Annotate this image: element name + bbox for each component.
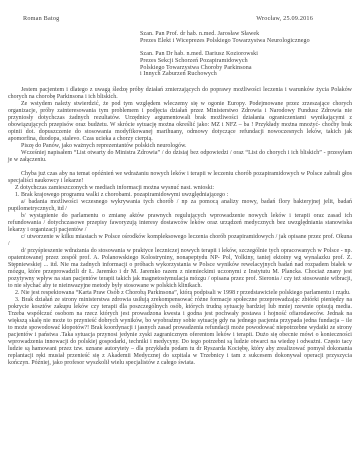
paragraph: Wcześniej napisałem “List otwarty do Min… [8,150,352,164]
paragraph: c/ utworzenie w kilku miastach w Polsce … [8,234,352,248]
paragraph: a/ badania możliwości wczesnego wykrywan… [8,199,352,213]
paragraph: 3. Brak działań ze strony ministerstwa z… [8,297,352,367]
place-date: Wrocław, 25.09.2016 [256,15,313,22]
paragraph: d/ przyśpieszenie wdrażania do stosowani… [8,248,352,290]
recipient-block: Szan. Pan Dr hab. n.med. Dariusz Kozioro… [140,51,352,78]
letter-body: Jestem pacjentem i dlatego z uwagą śledz… [8,87,352,367]
recipient-line: Prezes Elekt i Wiceprezes Polskiego Towa… [140,38,352,45]
recipient-line: Szan. Pan Dr hab. n.med. Dariusz Kozioro… [140,51,352,58]
recipient-blocks: Szan. Pan Prof. dr hab. n.med. Jarosław … [140,31,352,78]
paragraph: Ze wstydem należy stwierdzić, że pod tym… [8,101,352,143]
paragraph: Z dotychczas zamieszczonych w mediach in… [8,185,352,192]
paragraph: Jestem pacjentem i dlatego z uwagą śledz… [8,87,352,101]
sender-name: Roman Batog [23,15,59,22]
recipient-block: Szan. Pan Prof. dr hab. n.med. Jarosław … [140,31,352,45]
recipient-line: Prezes Sekcji Schorzeń Pozapiramidowych [140,58,352,65]
letter-header: Roman Batog Wrocław, 25.09.2016 [8,15,352,22]
recipient-line: Polskiego Towarzystwa Choroby Parkinsona [140,65,352,72]
paragraph: Chyba już czas aby na temat opóźnień we … [8,171,352,185]
recipient-line: Szan. Pan Prof. dr hab. n.med. Jarosław … [140,31,352,38]
paragraph: b/ wystąpienie do parlamentu o zmianę ak… [8,213,352,234]
recipient-line: i Innych Zaburzeń Ruchowych [140,71,352,78]
letter-page: Roman Batog Wrocław, 25.09.2016 Szan. Pa… [0,0,360,466]
